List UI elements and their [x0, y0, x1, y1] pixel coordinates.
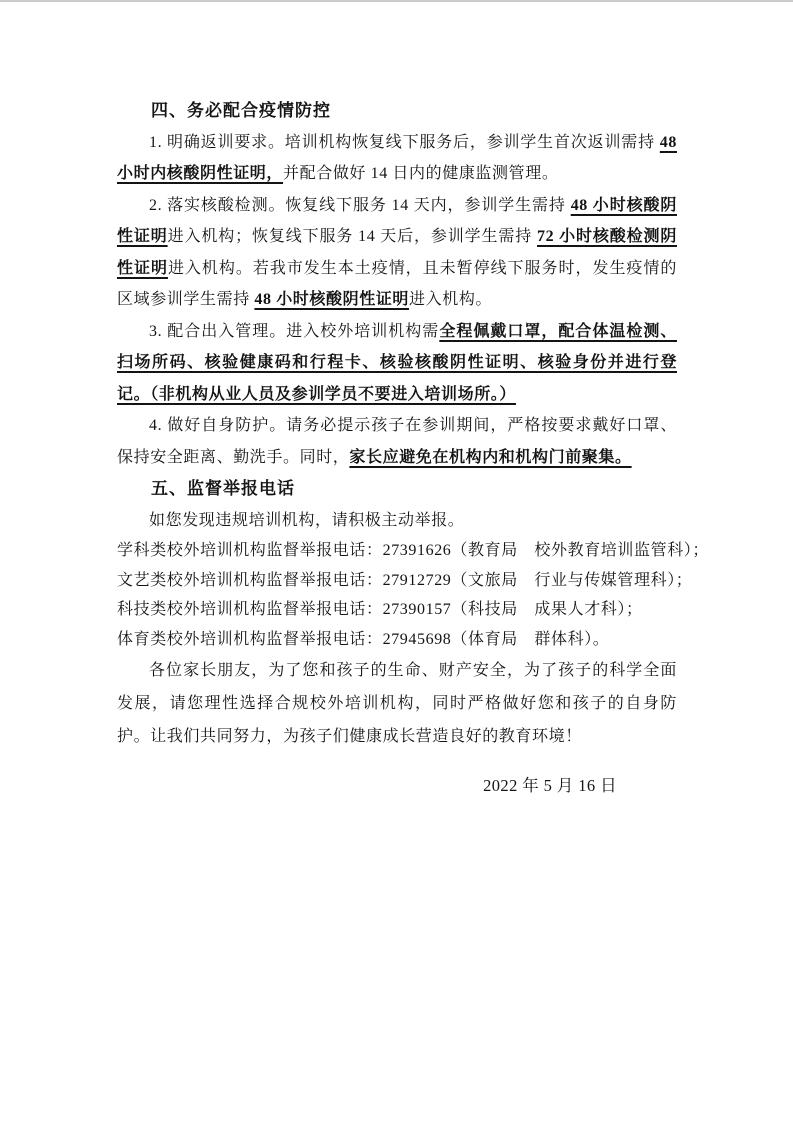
paragraph-return-requirements: 1. 明确返训要求。培训机构恢复线下服务后，参训学生首次返训需持 48 小时内核…: [117, 127, 677, 190]
emphasized-text-run: 48 小时核酸阴性证明: [254, 291, 409, 308]
paragraph-self-protection: 4. 做好自身防护。请务必提示孩子在参训期间，严格按要求戴好口罩、保持安全距离、…: [117, 410, 677, 473]
text-run: 四、务必配合疫情防控: [151, 101, 331, 120]
text-run: 各位家长朋友，为了您和孩子的生命、财产安全，为了孩子的科学全面发展，请您理性选择…: [117, 662, 677, 745]
text-run: 如您发现违规培训机构，请积极主动举报。: [149, 512, 464, 529]
date-line: 2022 年 5 月 16 日: [117, 769, 677, 802]
emphasized-text-run: 家长应避免在机构内和机构门前聚集。: [349, 449, 631, 466]
paragraph-closing: 各位家长朋友，为了您和孩子的生命、财产安全，为了孩子的科学全面发展，请您理性选择…: [117, 654, 677, 753]
text-run: 体育类校外培训机构监督举报电话：27945698（体育局 群体科）。: [117, 631, 609, 648]
phone-line-sports: 体育类校外培训机构监督举报电话：27945698（体育局 群体科）。: [117, 625, 677, 655]
phone-line-arts: 文艺类校外培训机构监督举报电话：27912729（文旅局 行业与传媒管理科）；: [117, 566, 677, 596]
paragraph-report-intro: 如您发现违规培训机构，请积极主动举报。: [117, 505, 677, 537]
text-run: 文艺类校外培训机构监督举报电话：27912729（文旅局 行业与传媒管理科）；: [117, 572, 692, 589]
text-run: 2. 落实核酸检测。恢复线下服务 14 天内，参训学生需持: [149, 197, 571, 214]
phone-line-academic: 学科类校外培训机构监督举报电话：27391626（教育局 校外教育培训监管科）；: [117, 536, 677, 566]
text-run: 科技类校外培训机构监督举报电话：27390157（科技局 成果人才科）；: [117, 601, 643, 618]
text-run: 2022 年 5 月 16 日: [483, 776, 617, 795]
section-heading-4: 四、务必配合疫情防控: [117, 95, 677, 127]
section-heading-5: 五、监督举报电话: [117, 473, 677, 505]
document-content: 四、务必配合疫情防控1. 明确返训要求。培训机构恢复线下服务后，参训学生首次返训…: [117, 95, 677, 802]
text-run: 学科类校外培训机构监督举报电话：27391626（教育局 校外教育培训监管科）；: [117, 542, 709, 559]
document-page: 四、务必配合疫情防控1. 明确返训要求。培训机构恢复线下服务后，参训学生首次返训…: [0, 0, 793, 1122]
text-run: 3. 配合出入管理。进入校外培训机构需: [149, 323, 439, 340]
paragraph-nucleic-acid-testing: 2. 落实核酸检测。恢复线下服务 14 天内，参训学生需持 48 小时核酸阴性证…: [117, 190, 677, 316]
paragraph-entry-exit-management: 3. 配合出入管理。进入校外培训机构需全程佩戴口罩，配合体温检测、扫场所码、核验…: [117, 316, 677, 411]
phone-line-science: 科技类校外培训机构监督举报电话：27390157（科技局 成果人才科）；: [117, 595, 677, 625]
text-run: 1. 明确返训要求。培训机构恢复线下服务后，参训学生首次返训需持: [149, 134, 660, 151]
text-run: 进入机构；恢复线下服务 14 天后，参训学生需持: [168, 228, 537, 245]
text-run: 进入机构。: [409, 291, 492, 308]
page-top-scan-line: [0, 0, 793, 2]
text-run: 并配合做好 14 日内的健康监测管理。: [283, 165, 558, 182]
text-run: 五、监督举报电话: [151, 479, 295, 498]
